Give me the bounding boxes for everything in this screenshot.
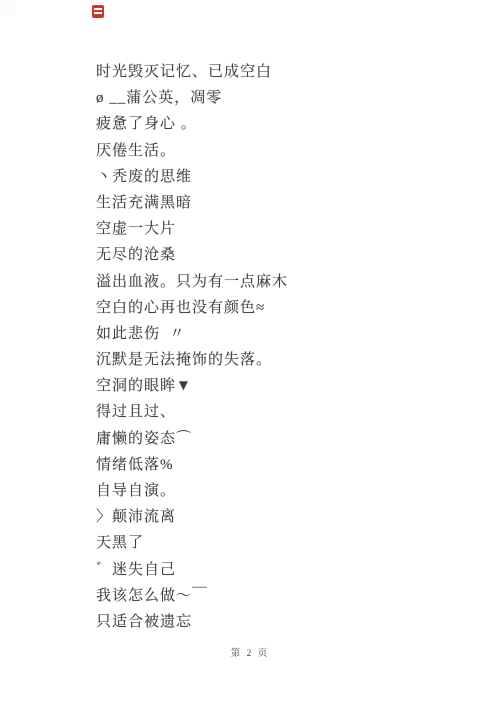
poem-line: 时光毁灭记忆、已成空白 [96,59,480,85]
poem-line: 沉默是无法掩饰的失落。 [96,347,480,373]
poem-line: 生活充满黑暗 [96,190,480,216]
poem-line: 空白的心再也没有颜色≈ [96,295,480,321]
page-corner-artifact [0,0,16,15]
red-stamp-icon [92,5,104,18]
poem-line: 丶秃废的思维 [96,164,480,190]
poem-line: ø __蒲公英，凋零 [96,85,480,111]
poem-line: 庸懒的姿态⌒ [96,426,480,452]
poem-line: 情绪低落% [96,452,480,478]
poem-line: 只适合被遗忘 [96,609,480,635]
poem-line: 自导自演。 [96,478,480,504]
poem-line: 厌倦生活。 [96,138,480,164]
poem-line: ゛迷失自己 [96,557,480,583]
page-number: 第 2 页 [0,645,500,659]
poem-line: 得过且过、 [96,399,480,425]
poem-line: 空洞的眼眸▼ [96,373,480,399]
poem-line: 无尽的沧桑 [96,242,480,268]
poem-line: 〉颠沛流离 [96,504,480,530]
poem-text-block: 时光毁灭记忆、已成空白ø __蒲公英，凋零疲惫了身心 。厌倦生活。丶秃废的思维生… [96,59,480,635]
poem-line: 如此悲伤 〃 [96,321,480,347]
document-page: 时光毁灭记忆、已成空白ø __蒲公英，凋零疲惫了身心 。厌倦生活。丶秃废的思维生… [0,0,500,708]
poem-line: 天黑了 [96,530,480,556]
poem-line: 疲惫了身心 。 [96,111,480,137]
poem-line: 我该怎么做〜￣ [96,583,480,609]
poem-line: 空虚一大片 [96,216,480,242]
poem-line: 溢出血液。只为有一点麻木 [96,269,480,295]
